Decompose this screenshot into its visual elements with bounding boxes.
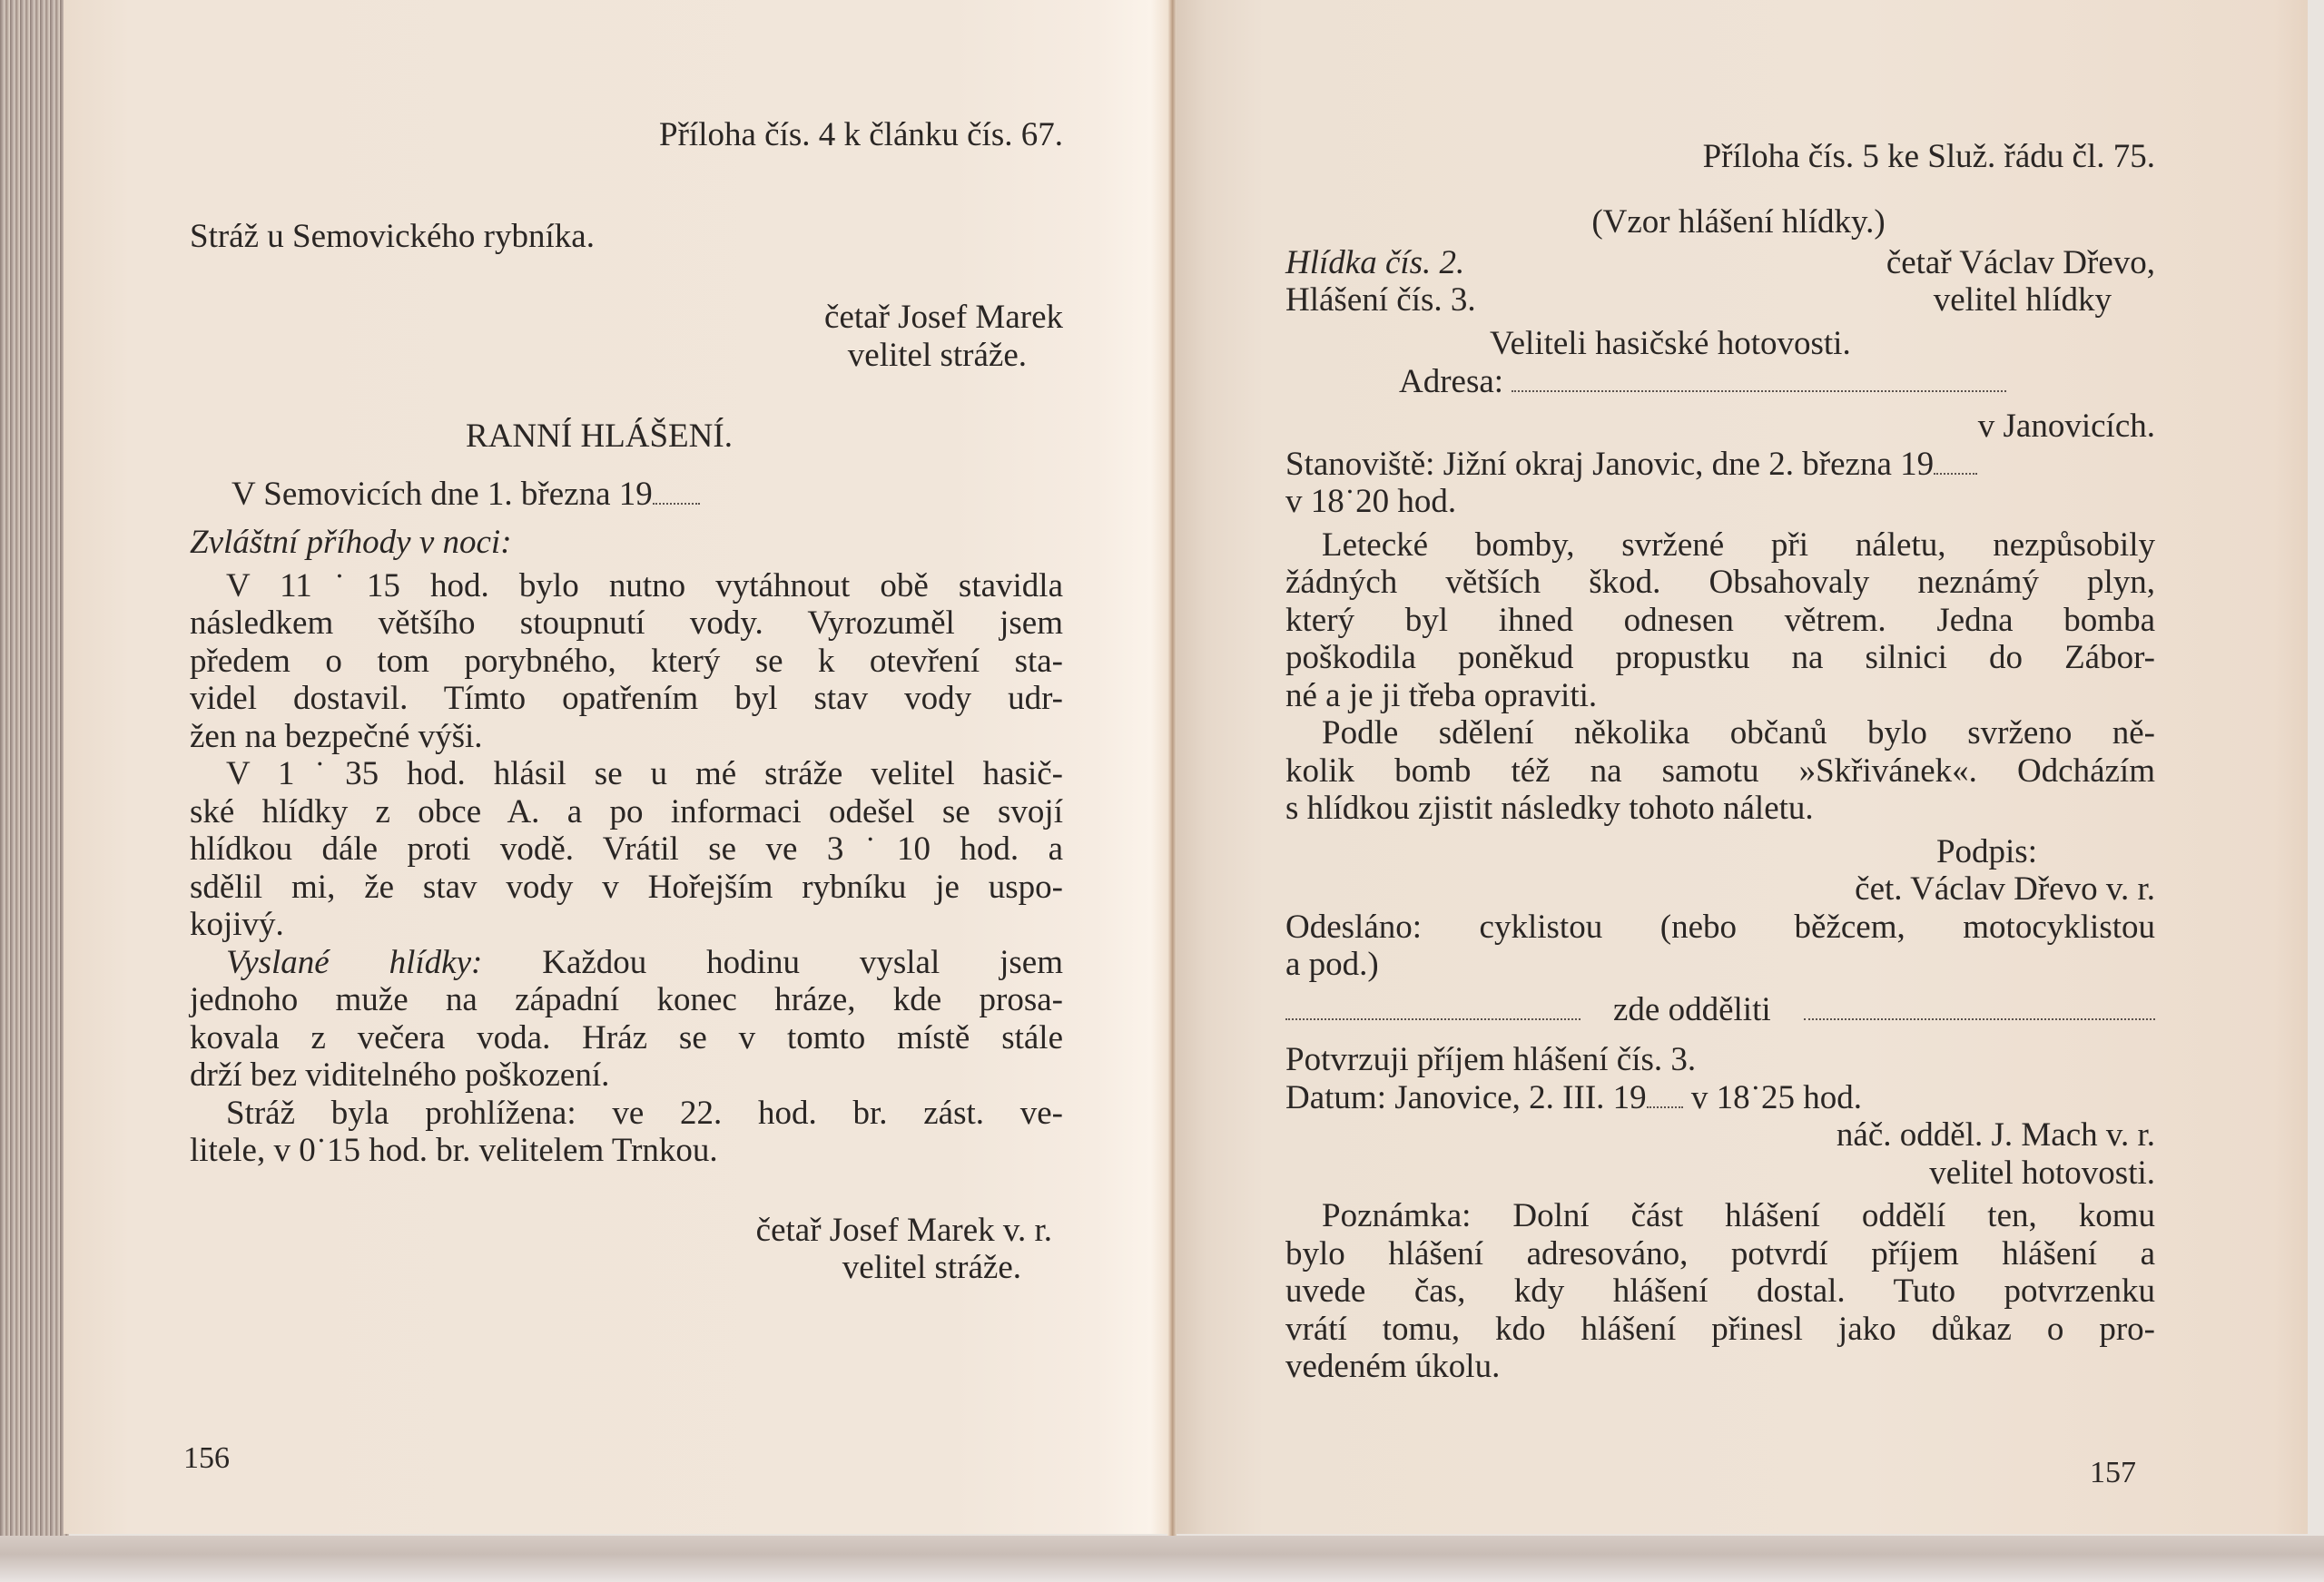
- report-para1-line: Letecké bomby, svržené při náletu, nezpů…: [1285, 526, 2155, 565]
- right-header: Příloha čís. 5 ke Služ. řádu čl. 75.: [1285, 138, 2155, 176]
- receipt-date-line: Datum: Janovice, 2. III. 19 v 18˙25 hod.: [1285, 1079, 2155, 1117]
- section-heading-night: Zvláštní příhody v noci:: [190, 524, 1063, 562]
- patrol-number: Hlídka čís. 2.: [1285, 244, 1464, 282]
- cut-here-line: zde odděliti: [1285, 991, 2155, 1029]
- report-para1-line: žádných větších škod. Obsahovaly neznámý…: [1285, 564, 2155, 602]
- report-para2-line: s hlídkou zjistit následky tohoto náletu…: [1285, 790, 2155, 828]
- signature-value: čet. Václav Dřevo v. r.: [1285, 870, 2155, 909]
- para3-line: jednoho muže na západní konec hráze, kde…: [190, 981, 1063, 1019]
- para1-line: videl dostavil. Tímto opatřením byl stav…: [190, 680, 1063, 718]
- left-header: Příloha čís. 4 k článku čís. 67.: [190, 116, 1063, 154]
- address-line: Adresa:: [1285, 363, 2155, 401]
- para1-line: předem o tom porybného, který se k otevř…: [190, 643, 1063, 681]
- note-line: Poznámka: Dolní část hlášení oddělí ten,…: [1285, 1197, 2155, 1235]
- note-line: vedeném úkolu.: [1285, 1348, 2155, 1386]
- open-book: Příloha čís. 4 k článku čís. 67. Stráž u…: [0, 0, 2324, 1582]
- cut-label: zde odděliti: [1613, 991, 1771, 1029]
- background-surface: [0, 1536, 2324, 1582]
- report-para1-line: který byl ihned odnesen větrem. Jedna bo…: [1285, 602, 2155, 640]
- note-line: bylo hlášení adresováno, potvrdí příjem …: [1285, 1235, 2155, 1273]
- sent-line: a pod.): [1285, 946, 2155, 984]
- report-para2-line: kolik bomb též na samotu »Skřivánek«. Od…: [1285, 752, 2155, 791]
- receiver-name: náč. odděl. J. Mach v. r.: [1285, 1116, 2155, 1155]
- note-line: vrátí tomu, kdo hlášení přinesl jako důk…: [1285, 1311, 2155, 1349]
- para2-line: hlídkou dále proti vodě. Vrátil se ve 3˙…: [190, 830, 1063, 869]
- position-text: Stanoviště: Jižní okraj Janovic, dne 2. …: [1285, 446, 1934, 483]
- report-para2-line: Podle sdělení několika občanů bylo svrže…: [1285, 714, 2155, 752]
- signature-bottom-name: četař Josef Marek v. r.: [190, 1212, 1063, 1250]
- report-title: RANNÍ HLÁŠENÍ.: [190, 418, 1063, 456]
- header-block: Hlídka čís. 2. Hlášení čís. 3. četař Vác…: [1285, 244, 2155, 319]
- date-line: V Semovicích dne 1. března 19: [190, 476, 1063, 514]
- para2-line: kojivý.: [190, 906, 1063, 944]
- address-label: Adresa:: [1399, 363, 1503, 400]
- commander-name: četař Václav Dřevo,: [1886, 244, 2155, 282]
- page-number-left: 156: [183, 1441, 230, 1476]
- form-subtitle: (Vzor hlášení hlídky.): [1285, 203, 2155, 241]
- address-blank[interactable]: [1512, 365, 2006, 392]
- signature-bottom-role: velitel stráže.: [190, 1249, 1063, 1287]
- receipt-time: v 18˙25 hod.: [1691, 1079, 1862, 1116]
- para3-line: kovala z večera voda. Hráz se v tomto mí…: [190, 1019, 1063, 1057]
- para4-line: litele, v 0˙15 hod. br. velitelem Trnkou…: [190, 1132, 1063, 1170]
- para3-text: Každou hodinu vyslal jsem: [542, 944, 1063, 981]
- sender-line: Stráž u Semovického rybníka.: [190, 218, 1063, 256]
- signature-top-role: velitel stráže.: [190, 337, 1063, 375]
- cut-line-right: [1804, 993, 2155, 1020]
- para3-line-first: Vyslané hlídky: Každou hodinu vyslal jse…: [190, 944, 1063, 982]
- patrols-heading: Vyslané hlídky:: [226, 944, 482, 981]
- report-number: Hlášení čís. 3.: [1285, 281, 1476, 319]
- para1-line: V 11˙15 hod. bylo nutno vytáhnout obě st…: [190, 567, 1063, 605]
- para1-line: následkem většího stoupnutí vody. Vyrozu…: [190, 604, 1063, 643]
- para2-line: ské hlídky z obce A. a po informaci odeš…: [190, 793, 1063, 831]
- time-line: v 18˙20 hod.: [1285, 483, 2155, 521]
- para2-line: sdělil mi, že stav vody v Hořejším rybní…: [190, 869, 1063, 907]
- signature-top-name: četař Josef Marek: [190, 299, 1063, 337]
- report-para1-line: poškodila poněkud propustku na silnici d…: [1285, 639, 2155, 677]
- receipt-year-blank[interactable]: [1647, 1081, 1683, 1108]
- position-line: Stanoviště: Jižní okraj Janovic, dne 2. …: [1285, 446, 2155, 484]
- page-stack-edge: [0, 0, 69, 1543]
- sent-line: Odesláno: cyklistou (nebo běžcem, motocy…: [1285, 909, 2155, 947]
- receipt-date-text: Datum: Janovice, 2. III. 19: [1285, 1079, 1647, 1116]
- para4-line: Stráž byla prohlížena: ve 22. hod. br. z…: [190, 1095, 1063, 1133]
- year-blank[interactable]: [1934, 447, 1977, 475]
- receipt-line: Potvrzuji příjem hlášení čís. 3.: [1285, 1041, 2155, 1079]
- note-line: uvede čas, kdy hlášení dostal. Tuto potv…: [1285, 1272, 2155, 1311]
- left-page-text: Příloha čís. 4 k článku čís. 67. Stráž u…: [190, 116, 1063, 1287]
- cut-line-left: [1285, 993, 1581, 1020]
- addressee-line: Veliteli hasičské hotovosti.: [1285, 325, 2155, 363]
- date-text: V Semovicích dne 1. března 19: [231, 476, 653, 513]
- right-page-text: Příloha čís. 5 ke Služ. řádu čl. 75. (Vz…: [1285, 138, 2155, 1386]
- commander-role: velitel hlídky: [1934, 281, 2112, 319]
- book-gutter: [1167, 0, 1177, 1538]
- para1-line: žen na bezpečné výši.: [190, 718, 1063, 756]
- report-para1-line: né a je ji třeba opraviti.: [1285, 677, 2155, 715]
- address-place: v Janovicích.: [1285, 408, 2155, 446]
- para3-line: drží bez viditelného poškození.: [190, 1056, 1063, 1095]
- para2-line: V 1˙35 hod. hlásil se u mé stráže velite…: [190, 755, 1063, 793]
- signature-label: Podpis:: [1285, 833, 2155, 871]
- date-blank: [653, 477, 700, 505]
- receiver-role: velitel hotovosti.: [1285, 1155, 2155, 1193]
- page-number-right: 157: [2090, 1456, 2136, 1490]
